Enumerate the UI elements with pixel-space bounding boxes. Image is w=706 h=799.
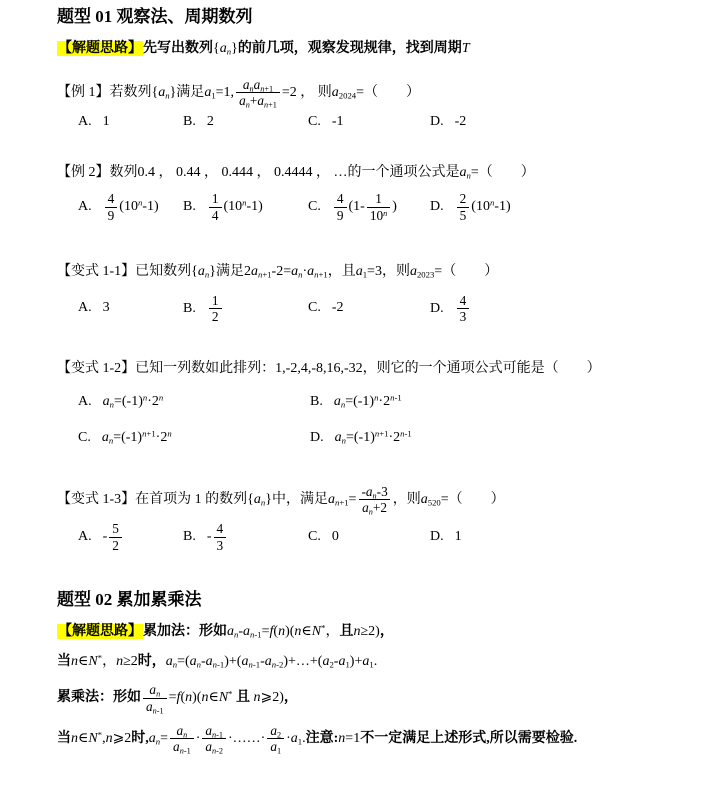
option-value: an=(-1)n·2n-1 bbox=[334, 394, 402, 409]
option-b: B.14(10n-1) bbox=[183, 191, 308, 223]
option-d: D.25(10n-1) bbox=[430, 191, 511, 223]
option-label: B. bbox=[183, 199, 196, 214]
strategy-badge: 【解题思路】 bbox=[57, 41, 143, 56]
option-label: B. bbox=[183, 301, 196, 316]
sum-method-formula: 当n∈N*，n≥2时，an=(an-an-1)+(an-1-an-2)+…+(a… bbox=[57, 651, 686, 673]
example-2-stem: 【例 2】数列0.4 ， 0.44 ， 0.444 ， 0.4444 ， …的一… bbox=[57, 162, 686, 184]
strategy-text: 先写出数列{an}的前几项，观察发现规律，找到周期T bbox=[143, 41, 470, 56]
option-label: D. bbox=[430, 199, 444, 214]
option-label: A. bbox=[78, 199, 92, 214]
option-label: D. bbox=[430, 301, 444, 316]
product-method-formula: 当n∈N*,n⩾2时,an=anan-1·an-1an-2·……·a2a1·a1… bbox=[57, 723, 686, 755]
option-label: D. bbox=[310, 430, 324, 445]
option-value: an=(-1)n+1·2n-1 bbox=[335, 430, 412, 445]
option-c: C.an=(-1)n+1·2n bbox=[78, 430, 310, 446]
strategy-badge: 【解题思路】 bbox=[57, 624, 143, 639]
option-d: D.-2 bbox=[430, 114, 466, 130]
option-value: -2 bbox=[332, 300, 344, 315]
option-label: B. bbox=[310, 394, 323, 409]
option-value: 14(10n-1) bbox=[207, 199, 263, 214]
variant-1-1-options: A.3B.12C.-2D.43 bbox=[78, 293, 686, 325]
option-c: C.49(1-110n) bbox=[308, 191, 430, 223]
option-label: B. bbox=[183, 529, 196, 544]
option-label: A. bbox=[78, 394, 92, 409]
question-example-2: 【例 2】数列0.4 ， 0.44 ， 0.444 ， 0.4444 ， …的一… bbox=[57, 162, 686, 223]
option-label: B. bbox=[183, 114, 196, 129]
variant-1-2-options: A.an=(-1)n·2nB.an=(-1)n·2n-1C.an=(-1)n+1… bbox=[78, 394, 686, 446]
section-2-strategy: 【解题思路】累加法：形如an-an-1=f(n)(n∈N*，且n≥2)， bbox=[57, 621, 686, 642]
option-value: 1 bbox=[455, 529, 462, 544]
option-a: A.1 bbox=[78, 114, 183, 130]
document-page: 题型 01 观察法、周期数列 【解题思路】先写出数列{an}的前几项，观察发现规… bbox=[0, 0, 706, 799]
option-value: 12 bbox=[207, 301, 224, 316]
option-a: A.3 bbox=[78, 300, 183, 316]
option-label: A. bbox=[78, 114, 92, 129]
option-label: C. bbox=[308, 300, 321, 315]
option-b: B.2 bbox=[183, 114, 308, 130]
option-label: D. bbox=[430, 529, 444, 544]
option-value: an=(-1)n+1·2n bbox=[102, 430, 172, 445]
example-1-options: A.1B.2C.-1D.-2 bbox=[78, 114, 686, 130]
variant-1-3-stem: 【变式 1-3】在首项为 1 的数列{an}中，满足an+1=-an-3an+2… bbox=[57, 484, 686, 516]
option-value: -2 bbox=[455, 114, 467, 129]
option-value: 49(10n-1) bbox=[103, 199, 159, 214]
option-value: 49(1-110n) bbox=[332, 199, 397, 214]
variant-1-3-options: A.-52B.-43C.0D.1 bbox=[78, 521, 686, 553]
section-1-heading: 题型 01 观察法、周期数列 bbox=[57, 6, 686, 28]
option-label: D. bbox=[430, 114, 444, 129]
option-a: A.-52 bbox=[78, 521, 183, 553]
question-example-1: 【例 1】若数列{an}满足a1=1,anan+1an+an+1=2 ， 则a2… bbox=[57, 77, 686, 130]
option-c: C.-2 bbox=[308, 300, 430, 316]
option-b: B.-43 bbox=[183, 521, 308, 553]
option-value: 0 bbox=[332, 529, 339, 544]
variant-1-2-stem: 【变式 1-2】已知一列数如此排列：1,-2,4,-8,16,-32，则它的一个… bbox=[57, 358, 686, 380]
option-d: D.1 bbox=[430, 529, 462, 545]
option-a: A.49(10n-1) bbox=[78, 191, 183, 223]
product-method-intro: 累乘法：形如anan-1=f(n)(n∈N* 且 n⩾2)， bbox=[57, 682, 686, 714]
question-variant-1-2: 【变式 1-2】已知一列数如此排列：1,-2,4,-8,16,-32，则它的一个… bbox=[57, 358, 686, 446]
sum-method-intro: 累加法：形如an-an-1=f(n)(n∈N*，且n≥2)， bbox=[143, 624, 394, 639]
option-d: D.an=(-1)n+1·2n-1 bbox=[310, 430, 686, 446]
example-1-stem: 【例 1】若数列{an}满足a1=1,anan+1an+an+1=2 ， 则a2… bbox=[57, 77, 686, 109]
option-label: A. bbox=[78, 300, 92, 315]
option-c: C.-1 bbox=[308, 114, 430, 130]
question-variant-1-3: 【变式 1-3】在首项为 1 的数列{an}中，满足an+1=-an-3an+2… bbox=[57, 484, 686, 553]
question-variant-1-1: 【变式 1-1】已知数列{an}满足2an+1-2=an·an+1，且a1=3，… bbox=[57, 261, 686, 324]
option-value: an=(-1)n·2n bbox=[103, 394, 164, 409]
option-value: -52 bbox=[103, 529, 124, 544]
option-b: B.an=(-1)n·2n-1 bbox=[310, 394, 686, 410]
option-label: C. bbox=[308, 529, 321, 544]
option-value: 25(10n-1) bbox=[455, 199, 511, 214]
variant-1-1-stem: 【变式 1-1】已知数列{an}满足2an+1-2=an·an+1，且a1=3，… bbox=[57, 261, 686, 283]
example-2-options: A.49(10n-1)B.14(10n-1)C.49(1-110n)D.25(1… bbox=[78, 191, 686, 223]
option-value: 1 bbox=[103, 114, 110, 129]
option-b: B.12 bbox=[183, 293, 308, 325]
option-label: C. bbox=[78, 430, 91, 445]
option-value: 3 bbox=[103, 300, 110, 315]
option-c: C.0 bbox=[308, 529, 430, 545]
option-label: C. bbox=[308, 114, 321, 129]
option-label: A. bbox=[78, 529, 92, 544]
option-d: D.43 bbox=[430, 293, 471, 325]
section-2-heading: 题型 02 累加累乘法 bbox=[57, 589, 686, 611]
option-value: 43 bbox=[455, 301, 472, 316]
section-1-strategy: 【解题思路】先写出数列{an}的前几项，观察发现规律，找到周期T bbox=[57, 38, 686, 59]
option-label: C. bbox=[308, 199, 321, 214]
option-a: A.an=(-1)n·2n bbox=[78, 394, 310, 410]
option-value: -43 bbox=[207, 529, 228, 544]
option-value: 2 bbox=[207, 114, 214, 129]
option-value: -1 bbox=[332, 114, 344, 129]
